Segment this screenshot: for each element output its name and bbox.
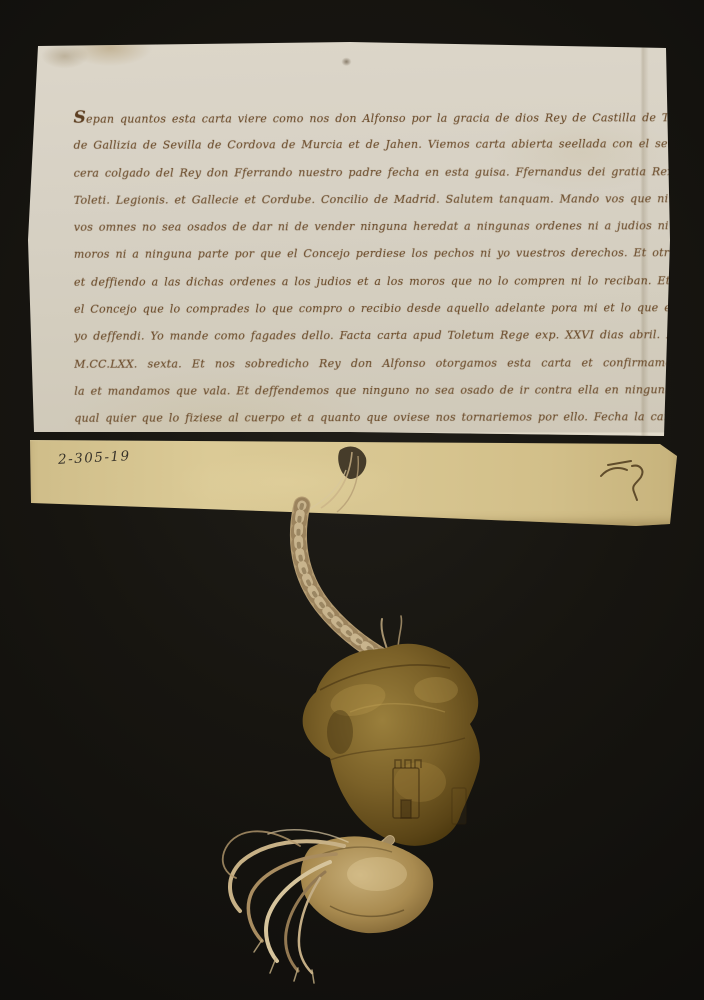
charter-text-line: de Gallizia de Sevilla de Cordova de Mur…: [74, 131, 678, 160]
charter-text-line: vos omnes no sea osados de dar ni de ven…: [74, 212, 678, 241]
parchment-charter: Sepan quantos esta carta viere como nos …: [26, 40, 672, 442]
charter-text-line: moros ni a ninguna parte por que el Conc…: [74, 240, 678, 269]
lower-cord: [326, 840, 390, 864]
seal-fragment: [301, 836, 433, 933]
seal-cord: [298, 505, 401, 663]
plica-fold: 2-305-19: [28, 436, 678, 528]
charter-text-line: et deffiendo a las dichas ordenes a los …: [74, 267, 678, 296]
charter-text-line: M.CC.LXX. sexta. Et nos sobredicho Rey d…: [74, 349, 678, 378]
charter-text-line: yo deffendi. Yo mande como fagades dello…: [74, 322, 678, 351]
charter-text-line: Sepan quantos esta carta viere como nos …: [74, 103, 678, 132]
cord-tassel: [223, 830, 348, 983]
charter-text-line: Toleti. Legionis. et Gallecie et Cordube…: [74, 185, 678, 214]
charter-text-line: la et mandamos que vala. Et deffendemos …: [74, 376, 678, 405]
charter-text-line: el Concejo que lo comprades lo que compr…: [74, 294, 678, 323]
wax-seal: [303, 644, 480, 846]
charter-text-line: qual quier que lo fiziese al cuerpo et a…: [74, 403, 678, 432]
shelfmark-label: 2-305-19: [58, 448, 131, 468]
photo-backdrop: Sepan quantos esta carta viere como nos …: [0, 0, 704, 1000]
charter-text-line: cera colgado del Rey don Fferrando nuest…: [74, 158, 678, 187]
castle-impression: [393, 760, 466, 824]
charter-text: Sepan quantos esta carta viere como nos …: [74, 103, 679, 487]
